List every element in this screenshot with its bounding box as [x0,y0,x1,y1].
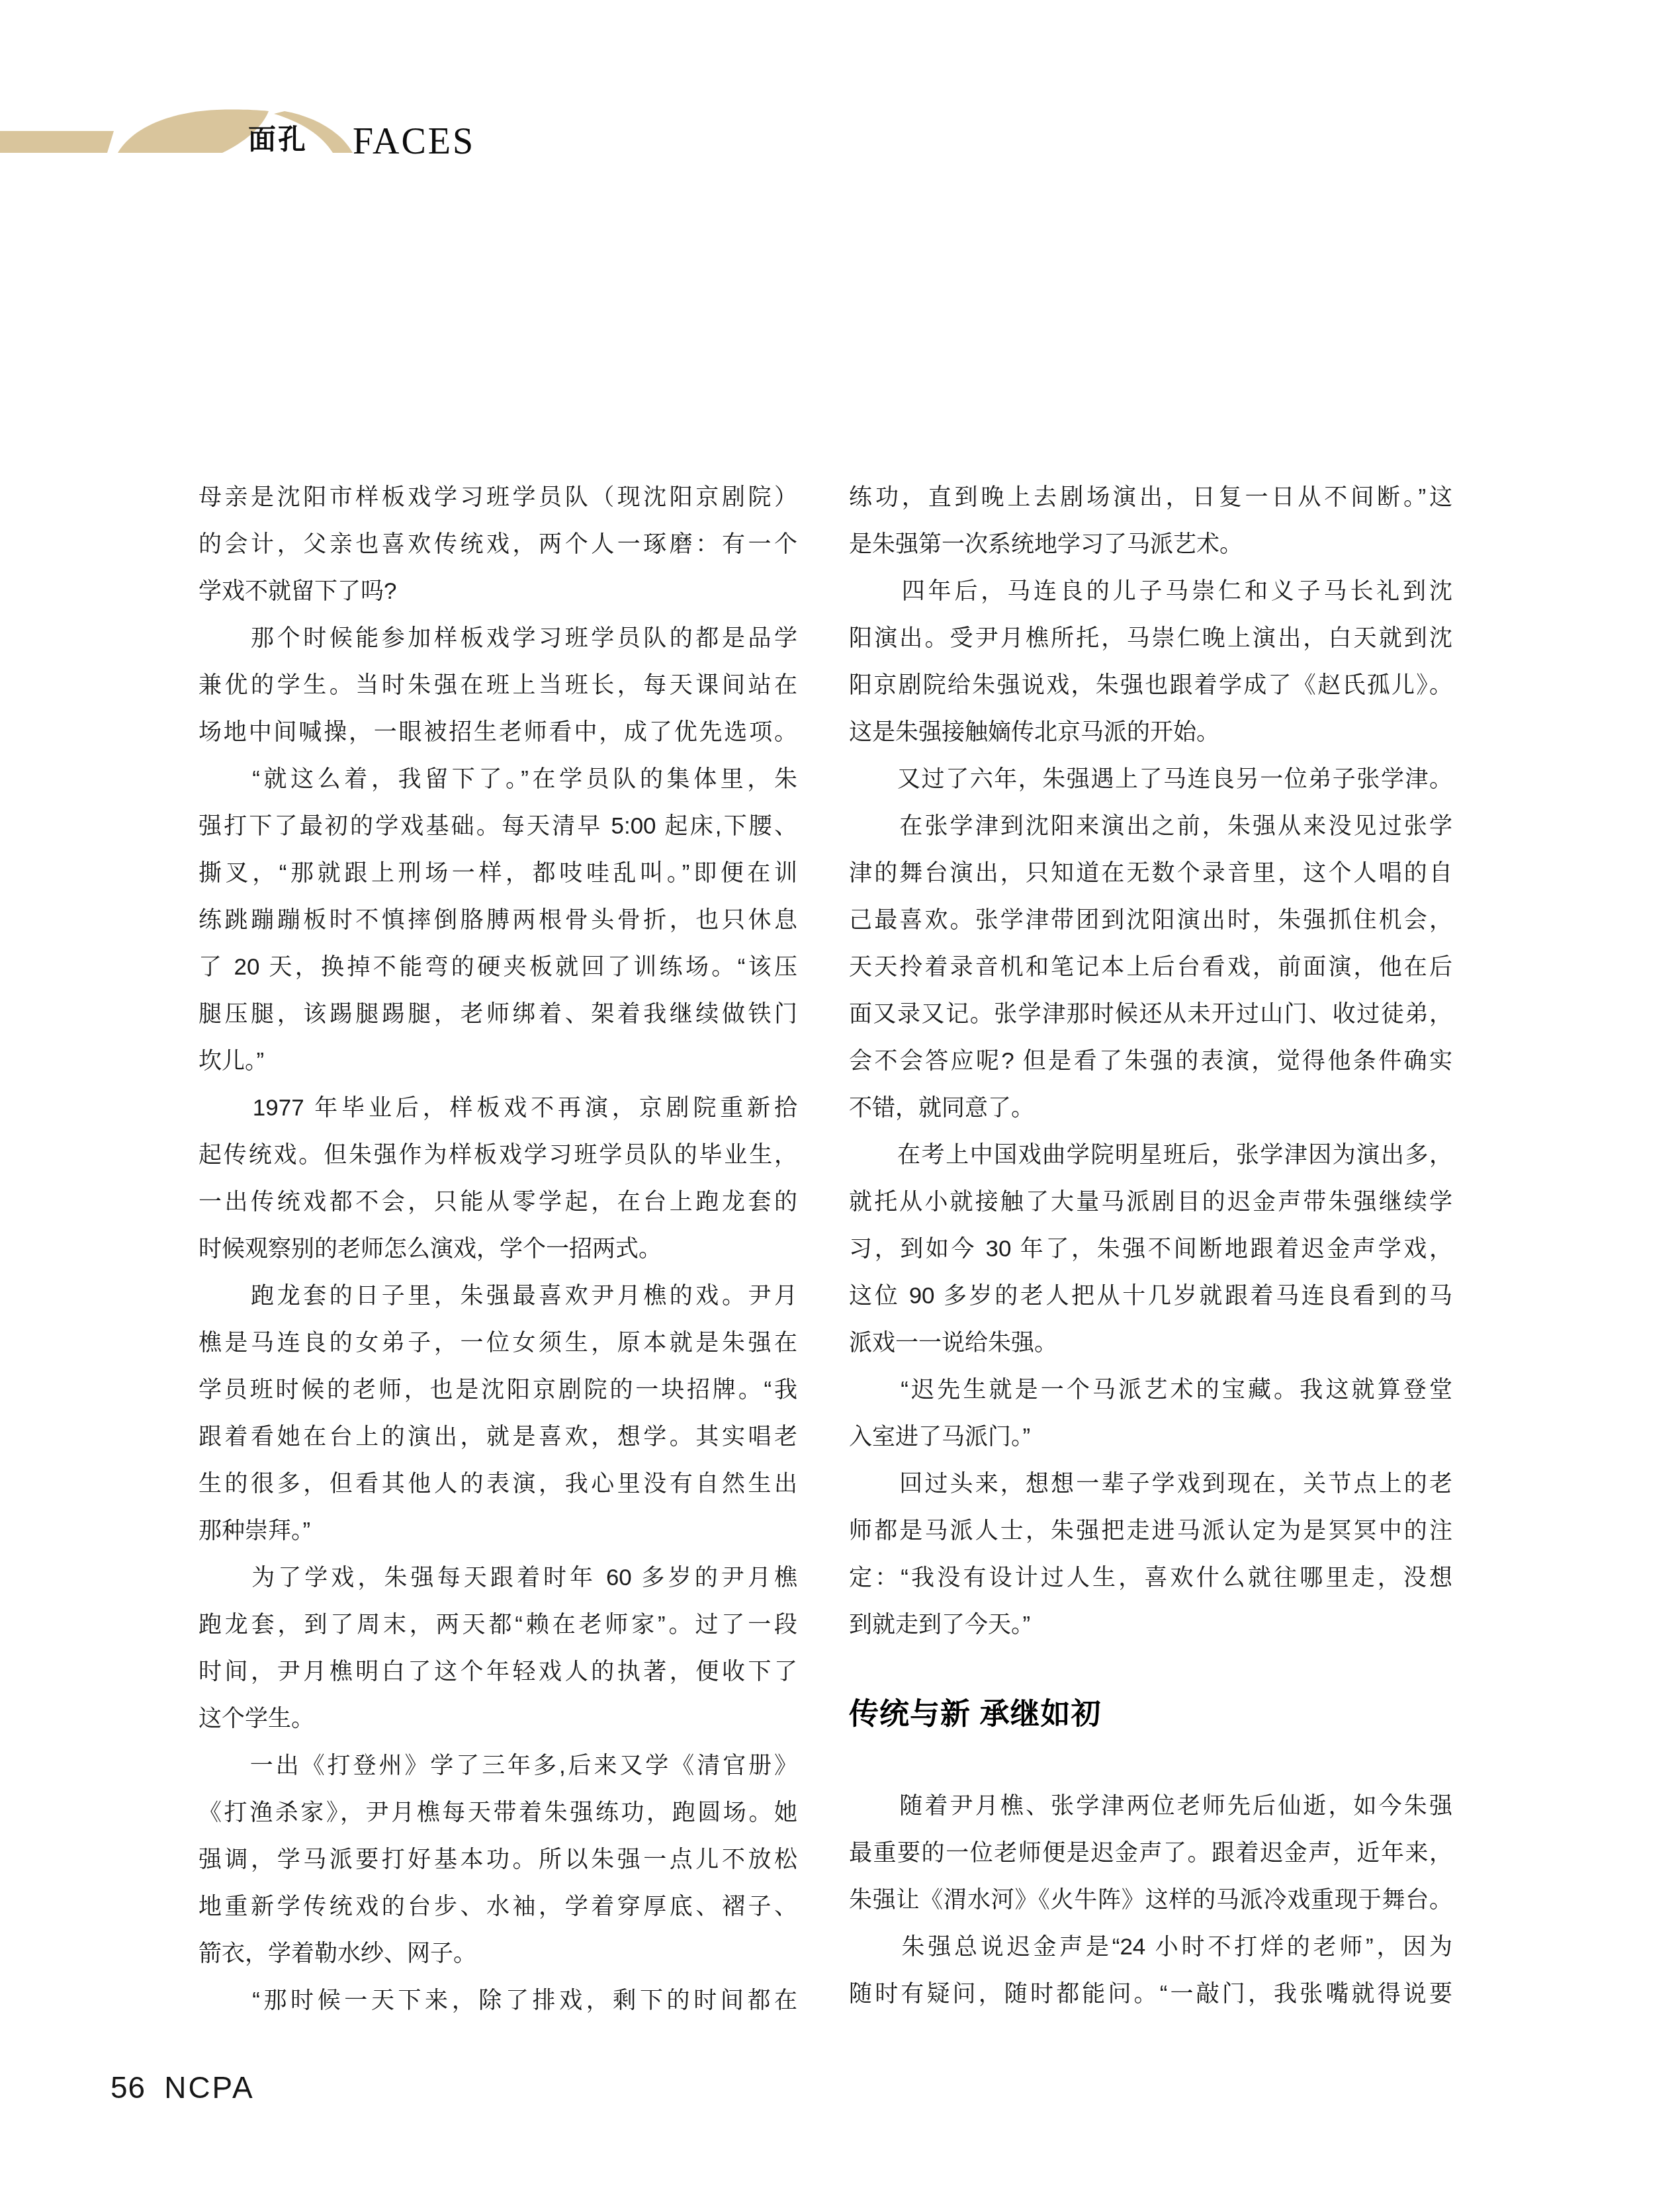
text-line: 是朱强第一次系统地学习了马派艺术。 [849,521,1452,568]
text-line: 起传统戏。但朱强作为样板戏学习班学员队的毕业生， [199,1131,797,1178]
text-line: “那时候一天下来，除了排戏，剩下的时间都在 [199,1977,797,2024]
text-line: 在考上中国戏曲学院明星班后，张学津因为演出多， [849,1131,1452,1178]
header-bar-shape [0,131,114,153]
text-line: 1977 年毕业后，样板戏不再演，京剧院重新拾 [199,1084,797,1131]
text-line: 跟着看她在台上的演出，就是喜欢，想学。其实唱老 [199,1413,797,1460]
text-line: “就这么着，我留下了。”在学员队的集体里，朱 [199,756,797,803]
text-line: 朱强让《渭水河》《火牛阵》这样的马派冷戏重现于舞台。 [849,1876,1452,1923]
text-line: 母亲是沈阳市样板戏学习班学员队（现沈阳京剧院） [199,474,797,521]
text-line: 会不会答应呢? 但是看了朱强的表演，觉得他条件确实 [849,1037,1452,1084]
text-line: 强调，学马派要打好基本功。所以朱强一点儿不放松 [199,1836,797,1883]
text-line: 这位 90 多岁的老人把从十几岁就跟着马连良看到的马 [849,1272,1452,1319]
section-title-english: FACES [353,123,475,160]
right-column-upper-lines: 练功，直到晚上去剧场演出，日复一日从不间断。”这是朱强第一次系统地学习了马派艺术… [849,474,1452,1648]
header-leaf-shape [118,110,269,153]
text-line: 那种崇拜。” [199,1507,797,1554]
text-line: 面又录又记。张学津那时候还从未开过山门、收过徒弟， [849,990,1452,1037]
text-line: 随时有疑问，随时都能问。“一敲门，我张嘴就得说要 [849,1970,1452,2017]
text-line: 练跳蹦蹦板时不慎摔倒胳膊两根骨头骨折，也只休息 [199,897,797,943]
text-line: 学员班时候的老师，也是沈阳京剧院的一块招牌。“我 [199,1366,797,1413]
text-line: 派戏一一说给朱强。 [849,1319,1452,1366]
page-footer: 56NCPA [111,2071,255,2104]
text-line: 阳演出。受尹月樵所托，马崇仁晚上演出，白天就到沈 [849,615,1452,662]
journal-brand: NCPA [164,2070,254,2105]
text-line: 又过了六年，朱强遇上了马连良另一位弟子张学津。 [849,756,1452,803]
text-line: 一出传统戏都不会，只能从零学起，在台上跑龙套的 [199,1178,797,1225]
text-line: 不错，就同意了。 [849,1084,1452,1131]
page-number: 56 [111,2070,146,2105]
text-line: 强打下了最初的学戏基础。每天清早 5:00 起床,下腰、 [199,803,797,850]
text-line: 时候观察别的老师怎么演戏，学个一招两式。 [199,1225,797,1272]
text-line: 时间，尹月樵明白了这个年轻戏人的执著，便收下了 [199,1648,797,1695]
text-line: 入室进了马派门。” [849,1413,1452,1460]
text-line: 己最喜欢。张学津带团到沈阳演出时，朱强抓住机会， [849,897,1452,943]
text-line: 撕叉，“那就跟上刑场一样，都吱哇乱叫。”即便在训 [199,850,797,897]
text-line: 箭衣，学着勒水纱、网子。 [199,1930,797,1977]
text-line: 跑龙套，到了周末，两天都“赖在老师家”。过了一段 [199,1601,797,1648]
text-line: 习，到如今 30 年了，朱强不间断地跟着迟金声学戏， [849,1225,1452,1272]
text-line: 坎儿。” [199,1037,797,1084]
article-right-column: 练功，直到晚上去剧场演出，日复一日从不间断。”这是朱强第一次系统地学习了马派艺术… [849,474,1452,2017]
text-line: 学戏不就留下了吗? [199,568,797,615]
text-line: 那个时候能参加样板戏学习班学员队的都是品学 [199,615,797,662]
text-line: 练功，直到晚上去剧场演出，日复一日从不间断。”这 [849,474,1452,521]
text-line: 腿压腿，该踢腿踢腿，老师绑着、架着我继续做铁门 [199,990,797,1037]
text-line: 朱强总说迟金声是“24 小时不打烊的老师”，因为 [849,1923,1452,1970]
text-line: 《打渔杀家》，尹月樵每天带着朱强练功，跑圆场。她 [199,1789,797,1836]
text-line: 师都是马派人士，朱强把走进马派认定为是冥冥中的注 [849,1507,1452,1554]
text-line: 场地中间喊操，一眼被招生老师看中，成了优先选项。 [199,709,797,756]
text-line: 回过头来，想想一辈子学戏到现在，关节点上的老 [849,1460,1452,1507]
article-subheading: 传统与新 承继如初 [849,1698,1452,1730]
text-line: 到就走到了今天。” [849,1601,1452,1648]
right-column-lower-lines: 随着尹月樵、张学津两位老师先后仙逝，如今朱强最重要的一位老师便是迟金声了。跟着迟… [849,1782,1452,2017]
text-line: 最重要的一位老师便是迟金声了。跟着迟金声，近年来， [849,1829,1452,1876]
text-line: 这是朱强接触嫡传北京马派的开始。 [849,709,1452,756]
text-line: 随着尹月樵、张学津两位老师先后仙逝，如今朱强 [849,1782,1452,1829]
text-line: 了 20 天，换掉不能弯的硬夹板就回了训练场。“该压 [199,943,797,990]
text-line: 就托从小就接触了大量马派剧目的迟金声带朱强继续学 [849,1178,1452,1225]
text-line: 一出《打登州》学了三年多,后来又学《清官册》 [199,1742,797,1789]
text-line: “迟先生就是一个马派艺术的宝藏。我这就算登堂 [849,1366,1452,1413]
text-line: 阳京剧院给朱强说戏，朱强也跟着学成了《赵氏孤儿》。 [849,662,1452,709]
magazine-page: 面孔 FACES 母亲是沈阳市样板戏学习班学员队（现沈阳京剧院）的会计，父亲也喜… [0,0,1680,2188]
text-line: 定：“我没有设计过人生，喜欢什么就往哪里走，没想 [849,1554,1452,1601]
text-line: 跑龙套的日子里，朱强最喜欢尹月樵的戏。尹月 [199,1272,797,1319]
text-line: 四年后，马连良的儿子马崇仁和义子马长礼到沈 [849,568,1452,615]
text-line: 在张学津到沈阳来演出之前，朱强从来没见过张学 [849,803,1452,850]
section-title-chinese: 面孔 [248,126,308,153]
text-line: 为了学戏，朱强每天跟着时年 60 多岁的尹月樵 [199,1554,797,1601]
article-left-column: 母亲是沈阳市样板戏学习班学员队（现沈阳京剧院）的会计，父亲也喜欢传统戏，两个人一… [199,474,797,2024]
text-line: 兼优的学生。当时朱强在班上当班长，每天课间站在 [199,662,797,709]
text-line: 的会计，父亲也喜欢传统戏，两个人一琢磨：有一个 [199,521,797,568]
text-line: 地重新学传统戏的台步、水袖，学着穿厚底、褶子、 [199,1883,797,1930]
text-line: 这个学生。 [199,1695,797,1742]
text-line: 天天拎着录音机和笔记本上后台看戏，前面演，他在后 [849,943,1452,990]
text-line: 樵是马连良的女弟子，一位女须生，原本就是朱强在 [199,1319,797,1366]
text-line: 津的舞台演出，只知道在无数个录音里，这个人唱的自 [849,850,1452,897]
text-line: 生的很多，但看其他人的表演，我心里没有自然生出 [199,1460,797,1507]
